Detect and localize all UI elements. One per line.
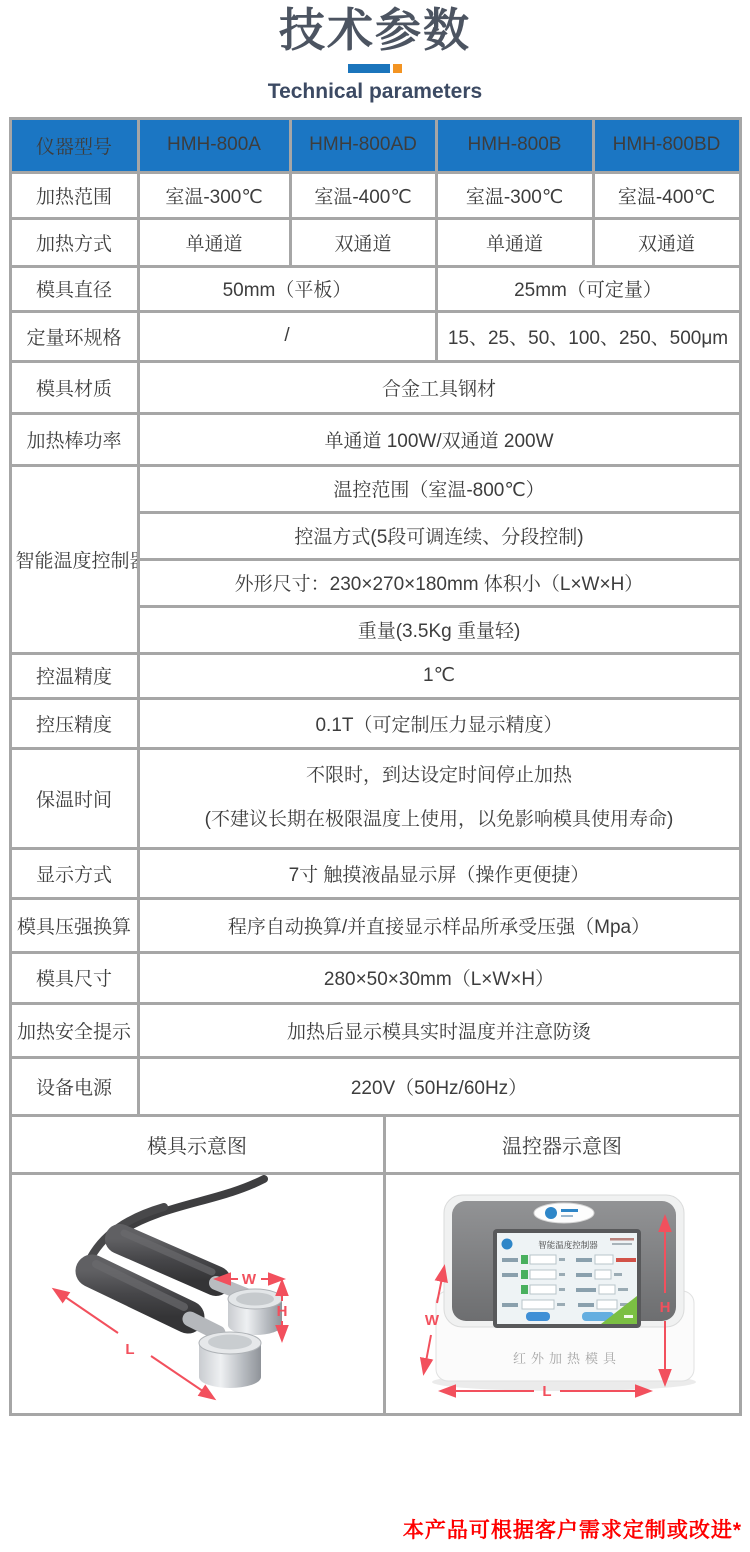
- spec-row-label: 控压精度: [10, 698, 138, 748]
- spec-value: 室温-300℃: [436, 172, 593, 218]
- model-header-label: 仪器型号: [10, 118, 138, 172]
- spec-row-label: 加热棒功率: [10, 413, 138, 465]
- heating-range-row: 加热范围 室温-300℃ 室温-400℃ 室温-300℃ 室温-400℃: [10, 172, 740, 218]
- mold-schematic-title: 模具示意图: [10, 1115, 384, 1173]
- svg-text:L: L: [542, 1383, 551, 1400]
- spec-value: 温控范围（室温-800℃）: [138, 465, 740, 512]
- spec-row-label: 模具直径: [10, 266, 138, 311]
- screen-logo-icon: [501, 1238, 512, 1249]
- mold-photo: W H L: [12, 1175, 380, 1413]
- touchscreen[interactable]: 智能温度控制器: [493, 1229, 641, 1328]
- spec-row-label: 加热安全提示: [10, 1003, 138, 1057]
- pressure-conversion-row: 模具压强换算 程序自动换算/并直接显示样品所承受压强（Mpa）: [10, 898, 740, 952]
- svg-text:H: H: [659, 1299, 670, 1316]
- spec-row-label: 定量环规格: [10, 311, 138, 361]
- spec-row-label: 模具尺寸: [10, 952, 138, 1003]
- spec-value: 不限时，到达设定时间停止加热 (不建议长期在极限温度上使用，以免影响模具使用寿命…: [138, 748, 740, 848]
- page: 技术参数 Technical parameters 仪器型号 HMH-800A …: [0, 0, 750, 1552]
- spec-value: 0.1T（可定制压力显示精度）: [138, 698, 740, 748]
- spec-value: 15、25、50、100、250、500μm: [436, 311, 740, 361]
- model-name: HMH-800B: [436, 118, 593, 172]
- pressure-accuracy-row: 控压精度 0.1T（可定制压力显示精度）: [10, 698, 740, 748]
- spec-row-label: 控温精度: [10, 653, 138, 698]
- spec-row-label: 加热范围: [10, 172, 138, 218]
- spec-row-label: 加热方式: [10, 218, 138, 266]
- heating-mode-row: 加热方式 单通道 双通道 单通道 双通道: [10, 218, 740, 266]
- spec-value: 双通道: [290, 218, 436, 266]
- spec-value: /: [138, 311, 436, 361]
- spec-table: 仪器型号 HMH-800A HMH-800AD HMH-800B HMH-800…: [9, 117, 742, 1117]
- spec-value: 室温-400℃: [290, 172, 436, 218]
- ring-spec-row: 定量环规格 / 15、25、50、100、250、500μm: [10, 311, 740, 361]
- model-header-row: 仪器型号 HMH-800A HMH-800AD HMH-800B HMH-800…: [10, 118, 740, 172]
- spec-value: 220V（50Hz/60Hz）: [138, 1057, 740, 1115]
- spec-value: 室温-400℃: [593, 172, 740, 218]
- svg-text:W: W: [424, 1312, 439, 1329]
- title-block: 技术参数 Technical parameters: [0, 0, 750, 104]
- spec-value: 7寸 触摸液晶显示屏（操作更便捷）: [138, 848, 740, 898]
- spec-row-label: 智能温度控制器: [10, 465, 138, 653]
- underline-orange-square: [393, 64, 402, 73]
- spec-value: 加热后显示模具实时温度并注意防烫: [138, 1003, 740, 1057]
- spec-value: 合金工具钢材: [138, 361, 740, 413]
- mold-diameter-row: 模具直径 50mm（平板） 25mm（可定量）: [10, 266, 740, 311]
- spec-row-label: 模具压强换算: [10, 898, 138, 952]
- holding-time-row: 保温时间 不限时，到达设定时间停止加热 (不建议长期在极限温度上使用，以免影响模…: [10, 748, 740, 848]
- brand-logo-badge: [534, 1203, 594, 1223]
- controller-front-label: 红外加热模具: [512, 1351, 620, 1366]
- power-supply-row: 设备电源 220V（50Hz/60Hz）: [10, 1057, 740, 1115]
- holding-time-line1: 不限时，到达设定时间停止加热: [144, 765, 735, 788]
- screen-title: 智能温度控制器: [538, 1240, 598, 1250]
- spec-value: 单通道: [138, 218, 290, 266]
- page-title: 技术参数: [0, 4, 750, 57]
- spec-value: 双通道: [593, 218, 740, 266]
- spec-row-label: 模具材质: [10, 361, 138, 413]
- spec-row-label: 保温时间: [10, 748, 138, 848]
- svg-text:W: W: [241, 1271, 256, 1288]
- spec-value: 控温方式(5段可调连续、分段控制): [138, 512, 740, 559]
- spec-value: 单通道: [436, 218, 593, 266]
- rod-power-row: 加热棒功率 单通道 100W/双通道 200W: [10, 413, 740, 465]
- screen-button-primary[interactable]: [526, 1312, 550, 1321]
- spec-row-label: 显示方式: [10, 848, 138, 898]
- spec-value: 50mm（平板）: [138, 266, 436, 311]
- controller-photo: 智能温度控制器: [386, 1175, 736, 1413]
- svg-text:L: L: [125, 1341, 134, 1358]
- spec-value: 25mm（可定量）: [436, 266, 740, 311]
- display-mode-row: 显示方式 7寸 触摸液晶显示屏（操作更便捷）: [10, 848, 740, 898]
- model-name: HMH-800BD: [593, 118, 740, 172]
- smart-controller-row-1: 智能温度控制器 温控范围（室温-800℃）: [10, 465, 740, 512]
- mold-size-row: 模具尺寸 280×50×30mm（L×W×H）: [10, 952, 740, 1003]
- spec-row-label: 设备电源: [10, 1057, 138, 1115]
- safety-tip-row: 加热安全提示 加热后显示模具实时温度并注意防烫: [10, 1003, 740, 1057]
- spec-value: 1℃: [138, 653, 740, 698]
- title-underline: [0, 64, 750, 74]
- model-name: HMH-800A: [138, 118, 290, 172]
- dimension-arrow-h: H: [276, 1282, 287, 1339]
- page-subtitle: Technical parameters: [0, 80, 750, 104]
- temp-accuracy-row: 控温精度 1℃: [10, 653, 740, 698]
- controller-photo-cell: 智能温度控制器: [384, 1173, 740, 1414]
- spec-value: 280×50×30mm（L×W×H）: [138, 952, 740, 1003]
- underline-blue-bar: [348, 64, 390, 73]
- customization-note: 本产品可根据客户需求定制或改进*: [403, 1514, 742, 1544]
- spec-value: 外形尺寸：230×270×180mm 体积小（L×W×H）: [138, 559, 740, 606]
- screen-topright-text: [610, 1238, 634, 1241]
- holding-time-line2: (不建议长期在极限温度上使用，以免影响模具使用寿命): [144, 809, 735, 832]
- model-name: HMH-800AD: [290, 118, 436, 172]
- mold-material-row: 模具材质 合金工具钢材: [10, 361, 740, 413]
- spec-value: 重量(3.5Kg 重量轻): [138, 606, 740, 653]
- spec-value: 室温-300℃: [138, 172, 290, 218]
- spec-value: 程序自动换算/并直接显示样品所承受压强（Mpa）: [138, 898, 740, 952]
- svg-text:H: H: [276, 1303, 287, 1320]
- schematic-table: 模具示意图 温控器示意图: [9, 1114, 742, 1416]
- controller-schematic-title: 温控器示意图: [384, 1115, 740, 1173]
- mold-photo-cell: W H L: [10, 1173, 384, 1414]
- spec-value: 单通道 100W/双通道 200W: [138, 413, 740, 465]
